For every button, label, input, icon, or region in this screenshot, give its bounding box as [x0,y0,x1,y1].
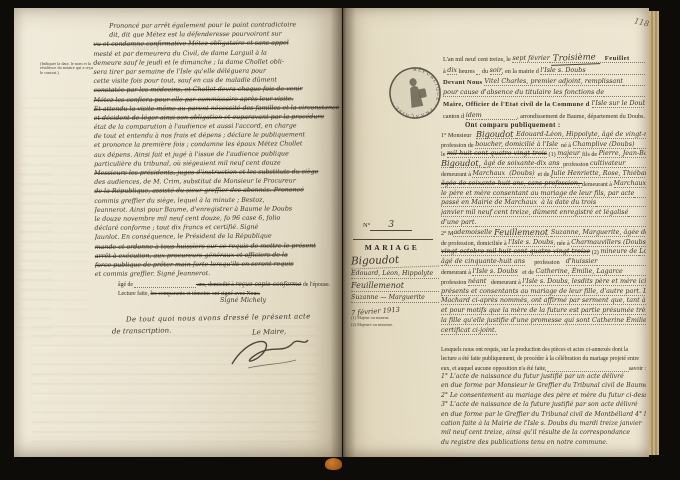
dotted-fill-line [134,285,195,288]
form-row: eux, et auquel aucune opposition n'a été… [441,362,646,371]
printed-text: Devant Nous [443,79,484,86]
dotted-fill-line [597,263,646,266]
handwritten-text: âgé de soixante-dix ans [484,159,562,168]
printed-text: lecture a été faite publiquement, de pro… [441,356,639,362]
handwritten-line: en due forme par le Greffier du Tribunal… [441,410,646,419]
printed-text: de profession, domiciliée à [441,241,508,247]
printed-text: âgé de [118,282,134,288]
dotted-fill-line [634,195,646,198]
dotted-fill-line [634,146,646,149]
handwritten-text: idem [466,111,482,120]
form-row: et pour motifs que la mère de la future … [441,305,646,315]
form-row: le père et mère consentant au mariage de… [441,188,646,198]
form-row: lecture a été faite publiquement, de pro… [441,353,646,362]
dotted-fill-line [550,60,645,63]
handwritten-text: Marchaux (Doubs) [472,169,534,178]
handwritten-text: l'Isle sur le Doubs [592,99,645,108]
dotted-fill-line [628,214,646,217]
groom-surname: Bigoudot [351,252,439,269]
form-row: âgé de ans, domicilié à reçue copie conf… [118,279,330,288]
dotted-fill-line [586,72,645,75]
form-row: vingt octobre mil huit cent quatre-vingt… [441,247,646,257]
handwritten-line: en due forme par Monsieur le Greffier du… [441,381,646,390]
handwritten-text: Marchaux (Doubs) [614,179,646,188]
form-row: demeurant à l'Isle s. Doubs et de Cather… [441,266,646,276]
printed-text: demeurant à [441,270,472,276]
dotted-fill-line [482,117,517,120]
handwritten-text: Charmauvillers (Doubs) [571,238,646,247]
handwritten-line: 3° L'acte de naissance de la future just… [441,400,646,409]
handwritten-text-block: Prononcé par arrêt également pour le poi… [93,20,343,279]
form-row: d'une part. [441,217,646,227]
handwritten-line: du registre des publications tenu en not… [441,438,646,447]
form-row: canton d idem, arrondissement de Baume, … [443,108,645,119]
handwritten-text: l'Isle s. Doubs, lesdits père et mère ic… [522,277,646,286]
printed-text: (1) [547,152,557,158]
bleedthrough-texture [22,96,88,310]
handwritten-line: cation faite à la Mairie de l'Isle s. Do… [441,419,646,428]
handwritten-text: le père et mère consentant au mariage de… [441,189,634,198]
handwritten-text: néant [468,277,486,286]
bride-firstnames: Suzanne — Marguerite [351,294,439,303]
handwritten-text: Louis, Feuillemenot [639,247,646,256]
printed-text: profession [441,280,468,286]
handwritten-text: reçue copie conforme [235,281,301,288]
comparu-header: Ont comparu publiquement : [465,122,561,129]
printed-text: née à [555,241,571,247]
printed-text: 2° M [441,231,453,237]
handwritten-text: sept février [512,54,549,63]
handwritten-text: Pierre, Jean-Bapt., [599,149,646,158]
closing-line: De tout quoi nous avons dressé le présen… [126,312,311,323]
handwritten-text: Bigoudot, [441,159,484,168]
form-row: la fille qu'elle justifie d'une promesse… [441,315,646,325]
mayor-signature [226,334,312,374]
printed-text: demeurant à [441,172,472,178]
handwritten-line: mil neuf cent treize, ainsi qu'il résult… [441,428,646,437]
form-row: demeurant à Marchaux (Doubs) et de Julie… [441,168,646,178]
handwritten-line: 2° Le consentement au mariage des père e… [441,391,646,400]
handwritten-text: ademoiselle [453,228,494,237]
printed-text: demeurant à [486,280,522,286]
handwritten-text: majeur [557,149,582,158]
act-number-value: 3 [370,220,412,231]
printed-text: ans, domicilié à [196,282,235,288]
printed-text: savoir : [629,366,646,372]
handwritten-text: Feuillemenot [494,228,551,237]
printed-text: heures [457,68,476,75]
handwritten-text: Catherine, Émilie, Lagarce [536,267,623,276]
form-row: pour cause d'absence du titulaire les fo… [443,86,645,97]
dotted-fill-line [604,94,645,97]
handwritten-text: pour cause d'absence du titulaire les fo… [443,88,604,97]
form-row: 2° Mademoiselle Feuillemenot Suzanne, Ma… [441,227,646,237]
form-row: janvier mil neuf cent treize, dûment enr… [441,207,646,217]
printed-text: canton d [443,113,466,120]
handwritten-text: Vitel Charles, premier adjoint, rempliss… [484,77,623,86]
bleedthrough-texture [18,158,52,338]
printed-text: eux, et auquel aucune opposition n'a été… [441,366,547,372]
printed-text: profession [525,260,566,266]
printed-text: et de [518,270,536,276]
handwritten-text: dix [447,66,457,75]
form-row: Bigoudot, âgé de soixante-dix ans profes… [441,158,646,168]
handwritten-text: passé en Mairie de Marchaux à la date du… [441,198,596,207]
handwritten-text: Edouard-Léon, Hippolyte, âgé de vingt-ne… [516,130,646,139]
handwritten-text: Champlive (Doubs) [573,140,635,149]
closing-line: de transcription. [112,326,171,335]
printed-text: fils de [582,152,599,158]
form-row: le mil huit cent quatre-vingt-trois (1) … [441,149,646,159]
footnote-2: (2) Majeure ou mineure. [351,323,438,328]
form-row: Machard ci-après nommés, ont affirmé par… [441,296,646,306]
scanned-register-photo: Feuillet (Indiquer la date, le nom et la… [0,0,680,480]
requis-paragraph: Lesquels nous ont requis, sur la product… [441,344,646,372]
form-row: profession néant demeurant à l'Isle s. D… [441,276,646,286]
handwritten-text: soir [490,66,502,75]
handwritten-line: mande et ordonne à tous huissiers sur ce… [95,241,343,252]
handwritten-text: mil huit cent quatre-vingt-trois [447,149,547,158]
margin-column: N° 3 MARIAGE Bigoudot Edouard, Léon, Hip… [351,220,439,330]
printed-text: demeurant à [582,182,613,188]
right-page: 118 Troisième Feuillet RÉPUBLIQUE · FRAN… [343,8,649,457]
handwritten-text: présents et consentants au mariage de le… [441,287,646,296]
handwritten-line: 1° L'acte de naissance du futur justifié… [441,372,646,381]
form-row: passé en Mairie de Marchaux à la date du… [441,198,646,208]
handwritten-text: janvier mil neuf cent treize, dûment enr… [441,208,628,217]
printed-text: , en la mairie d [502,68,541,75]
printed-text: Lesquels nous ont requis, sur la product… [441,347,628,353]
left-page: Feuillet (Indiquer la date, le nom et la… [14,8,342,457]
form-row: 1° Monsieur Bigoudot Edouard-Léon, Hippo… [441,129,646,139]
handwritten-text: certificat ci-joint. [441,326,497,335]
handwritten-text: Julie Henriette, Rose, Thiébaud [551,169,646,178]
printed-text: (2) [590,250,600,256]
handwritten-text: l'Isle s. Doubs, [508,238,555,247]
handwritten-text: la fille qu'elle justifie d'une promesse… [441,316,646,325]
handwritten-text: âgée de soixante-huit ans, sans professi… [441,179,582,188]
printed-text: né à [558,143,573,149]
handwritten-text: et pour motifs que la mère de la future … [441,306,646,315]
divider-rule [353,239,433,240]
form-row: présents et consentants au mariage de le… [441,286,646,296]
dotted-fill-line [623,273,646,276]
handwritten-text: l'Isle s. Doubs [472,267,517,276]
printed-text: L'an mil neuf cent treize, le [443,56,512,63]
printed-text: profession de [441,143,475,149]
handwritten-text: âgé de cinquante-huit ans [441,257,525,266]
handwritten-text: d'une part. [441,218,476,227]
handwritten-text: Bigoudot [476,130,516,139]
form-row: de profession, domiciliée à l'Isle s. Do… [441,237,646,247]
form-row: âgée de soixante-huit ans, sans professi… [441,178,646,188]
bookmark-tab [325,458,342,470]
mariage-header: MARIAGE [351,243,433,252]
handwritten-line: et commis greffier. Signé Jeannerot. [95,268,343,279]
handwritten-text: Machard ci-après nommés, ont affirmé par… [441,296,646,305]
dotted-fill-line [596,204,646,207]
folio-number-mark: 118 [633,16,650,28]
handwritten-text: mineure de [600,247,639,256]
form-row: Devant Nous Vitel Charles, premier adjoi… [443,75,645,86]
handwritten-text: Suzanne, Marguerite, âgée de vingt [551,228,646,237]
printed-text: profession [562,162,590,168]
dotted-fill-line [625,165,646,168]
printed-margin-note: (Indiquer la date, le nom et la résidenc… [40,62,95,76]
printed-text: 1° Monsieur [441,133,476,139]
handwritten-text: vingt octobre mil huit cent quatre-vingt… [441,247,590,256]
handwritten-text: d'huissier [566,257,598,266]
form-row: profession de boucher, domicilié à l'Isl… [441,139,646,149]
dotted-fill-line [623,83,645,86]
page-edge-stack [649,11,659,455]
printed-text: Maire, Officier de l'Etat civil de la Co… [443,101,592,108]
form-row: Lesquels nous ont requis, sur la product… [441,344,646,353]
republique-francaise-stamp: RÉPUBLIQUE · FRANÇAISE · [380,57,450,128]
printed-footer-rows: âgé de ans, domicilié à reçue copie conf… [118,279,330,297]
printed-text: Lecture faite, [118,291,150,297]
act-number-label: N° [363,222,370,229]
handwritten-text: cultivateur [590,159,625,168]
printed-text: , arrondissement de Baume, département d… [517,113,645,120]
handwritten-text: l'Isle s. Doubs [540,66,585,75]
printed-text: du [480,68,489,75]
printed-text: et de [535,172,551,178]
footnote-1: (1) Majeur ou mineur. [351,316,438,321]
form-row: à dix heures du soir, en la mairie d l'I… [443,63,645,74]
act-body-rows: 1° Monsieur Bigoudot Edouard-Léon, Hippo… [441,129,646,335]
handwritten-text: boucher, domicilié à l'Isle [475,140,558,149]
form-header-rows: L'an mil neuf cent treize, le sept févri… [443,52,645,120]
signature-mention: Signé Michely [220,296,266,304]
bride-surname: Feuillemenot [351,281,439,292]
form-row: L'an mil neuf cent treize, le sept févri… [443,52,645,63]
form-row: Maire, Officier de l'Etat civil de la Co… [443,97,645,108]
printed-text: de l'épouse. [301,282,330,288]
groom-firstnames: Edouard, Léon, Hippolyte [351,270,439,279]
act-number-row: N° 3 [351,220,439,234]
form-row: certificat ci-joint. [441,325,646,335]
annexed-documents-list: 1° L'acte de naissance du futur justifié… [441,372,646,447]
form-row: âgé de cinquante-huit ans profession d'h… [441,256,646,266]
